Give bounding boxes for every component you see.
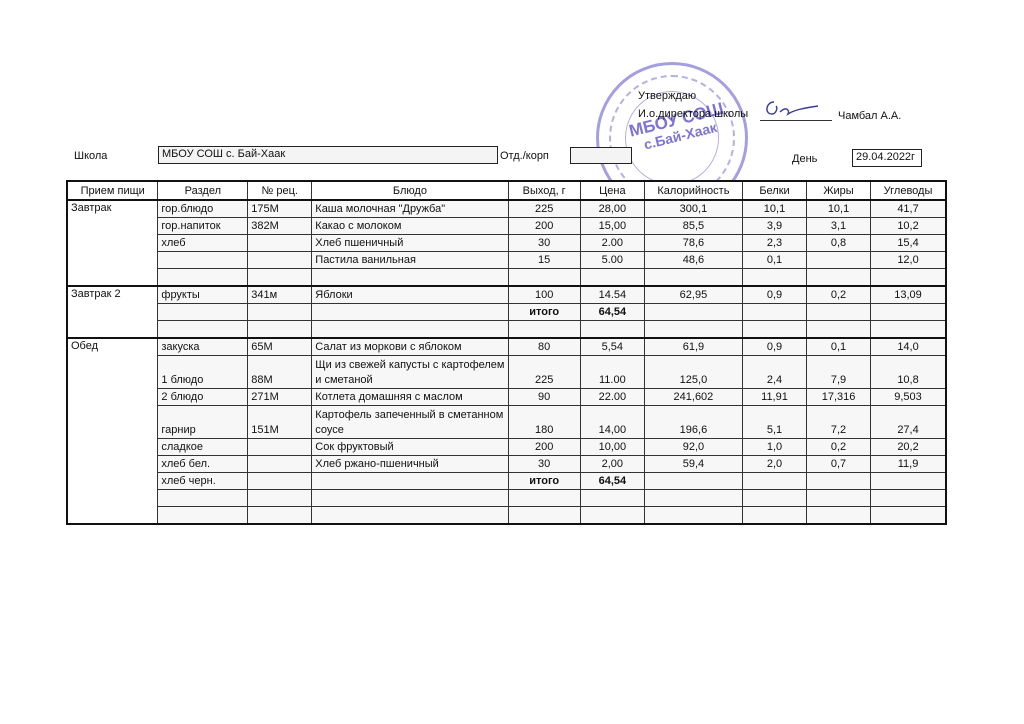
price-cell: 64,54	[580, 473, 644, 490]
yield-cell: 225	[508, 200, 580, 218]
dish-cell	[312, 507, 508, 525]
protein-cell: 10,1	[742, 200, 806, 218]
yield-cell: 200	[508, 439, 580, 456]
carbs-cell: 12,0	[871, 252, 946, 269]
dish-cell	[312, 304, 508, 321]
section-cell	[158, 269, 248, 287]
fat-cell	[807, 473, 871, 490]
carbs-cell: 15,4	[871, 235, 946, 252]
carbs-cell	[871, 304, 946, 321]
dish-cell: Какао с молоком	[312, 218, 508, 235]
fat-cell: 0,2	[807, 286, 871, 304]
protein-cell: 0,1	[742, 252, 806, 269]
price-cell: 14,00	[580, 406, 644, 439]
dish-cell: Хлеб пшеничный	[312, 235, 508, 252]
protein-cell	[742, 269, 806, 287]
recipe-cell	[248, 235, 312, 252]
carbs-cell	[871, 507, 946, 525]
yield-cell	[508, 269, 580, 287]
section-cell: фрукты	[158, 286, 248, 304]
kcal-cell: 62,95	[644, 286, 742, 304]
meal-name-cell: Завтрак	[67, 200, 158, 286]
approver-name: Чамбал А.А.	[838, 110, 901, 122]
signature-icon	[760, 98, 820, 120]
carbs-cell	[871, 473, 946, 490]
section-cell	[158, 304, 248, 321]
fat-cell: 7,2	[807, 406, 871, 439]
recipe-cell	[248, 456, 312, 473]
section-cell: гарнир	[158, 406, 248, 439]
price-cell: 5,54	[580, 338, 644, 356]
kcal-cell: 92,0	[644, 439, 742, 456]
yield-cell: итого	[508, 473, 580, 490]
section-cell: сладкое	[158, 439, 248, 456]
col-price: Цена	[580, 181, 644, 200]
protein-cell: 0,9	[742, 338, 806, 356]
price-cell: 14.54	[580, 286, 644, 304]
table-row: гарнир151МКартофель запеченный в сметанн…	[67, 406, 946, 439]
section-cell: гор.напиток	[158, 218, 248, 235]
fat-cell	[807, 304, 871, 321]
table-row: сладкоеСок фруктовый20010,0092,01,00,220…	[67, 439, 946, 456]
col-meal: Прием пищи	[67, 181, 158, 200]
section-cell: хлеб	[158, 235, 248, 252]
table-row	[67, 269, 946, 287]
protein-cell: 2,4	[742, 356, 806, 389]
price-cell	[580, 269, 644, 287]
table-row: 2 блюдо271МКотлета домашняя с маслом9022…	[67, 389, 946, 406]
table-row: гор.напиток382МКакао с молоком20015,0085…	[67, 218, 946, 235]
col-protein: Белки	[742, 181, 806, 200]
fat-cell: 0,1	[807, 338, 871, 356]
fat-cell: 10,1	[807, 200, 871, 218]
protein-cell	[742, 473, 806, 490]
dept-field[interactable]	[570, 147, 632, 164]
table-row: хлеб бел.Хлеб ржано-пшеничный302,0059,42…	[67, 456, 946, 473]
table-row	[67, 321, 946, 339]
section-cell: хлеб бел.	[158, 456, 248, 473]
dish-cell	[312, 490, 508, 507]
fat-cell	[807, 321, 871, 339]
yield-cell	[508, 321, 580, 339]
kcal-cell	[644, 321, 742, 339]
school-label: Школа	[74, 150, 107, 162]
fat-cell: 0,8	[807, 235, 871, 252]
kcal-cell	[644, 304, 742, 321]
price-cell	[580, 507, 644, 525]
col-dish: Блюдо	[312, 181, 508, 200]
recipe-cell	[248, 304, 312, 321]
protein-cell: 1,0	[742, 439, 806, 456]
col-recipe: № рец.	[248, 181, 312, 200]
dish-cell: Картофель запеченный в сметанном соусе	[312, 406, 508, 439]
col-yield: Выход, г	[508, 181, 580, 200]
yield-cell	[508, 490, 580, 507]
price-cell: 28,00	[580, 200, 644, 218]
yield-cell: 30	[508, 456, 580, 473]
yield-cell: 15	[508, 252, 580, 269]
kcal-cell	[644, 507, 742, 525]
fat-cell: 17,316	[807, 389, 871, 406]
day-label: День	[792, 153, 817, 165]
protein-cell: 3,9	[742, 218, 806, 235]
dish-cell: Пастила ванильная	[312, 252, 508, 269]
kcal-cell: 241,602	[644, 389, 742, 406]
col-kcal: Калорийность	[644, 181, 742, 200]
recipe-cell	[248, 321, 312, 339]
table-row: Обедзакуска65МСалат из моркови с яблоком…	[67, 338, 946, 356]
fat-cell: 0,2	[807, 439, 871, 456]
kcal-cell: 59,4	[644, 456, 742, 473]
table-row: хлеб черн.итого64,54	[67, 473, 946, 490]
fat-cell: 0,7	[807, 456, 871, 473]
yield-cell: 200	[508, 218, 580, 235]
section-cell: 2 блюдо	[158, 389, 248, 406]
protein-cell: 11,91	[742, 389, 806, 406]
carbs-cell: 10,8	[871, 356, 946, 389]
fat-cell	[807, 252, 871, 269]
recipe-cell: 271М	[248, 389, 312, 406]
price-cell: 15,00	[580, 218, 644, 235]
kcal-cell	[644, 473, 742, 490]
yield-cell: 80	[508, 338, 580, 356]
approval-position: И.о.директора школы	[638, 108, 748, 120]
col-fat: Жиры	[807, 181, 871, 200]
recipe-cell	[248, 269, 312, 287]
recipe-cell	[248, 490, 312, 507]
fat-cell	[807, 269, 871, 287]
menu-table-body: Завтракгор.блюдо175МКаша молочная "Дружб…	[67, 200, 946, 524]
table-row: хлебХлеб пшеничный302.0078,62,30,815,4	[67, 235, 946, 252]
price-cell: 5.00	[580, 252, 644, 269]
protein-cell	[742, 321, 806, 339]
yield-cell: 180	[508, 406, 580, 439]
meal-name-cell: Завтрак 2	[67, 286, 158, 338]
yield-cell: 30	[508, 235, 580, 252]
dish-cell	[312, 473, 508, 490]
carbs-cell	[871, 321, 946, 339]
section-cell	[158, 252, 248, 269]
yield-cell	[508, 507, 580, 525]
section-cell: 1 блюдо	[158, 356, 248, 389]
price-cell: 64,54	[580, 304, 644, 321]
fat-cell	[807, 507, 871, 525]
recipe-cell	[248, 439, 312, 456]
signature-line	[760, 120, 832, 121]
dish-cell	[312, 269, 508, 287]
recipe-cell: 151М	[248, 406, 312, 439]
fat-cell: 7,9	[807, 356, 871, 389]
carbs-cell: 27,4	[871, 406, 946, 439]
dish-cell: Салат из моркови с яблоком	[312, 338, 508, 356]
table-row: итого64,54	[67, 304, 946, 321]
table-row: Пастила ванильная155.0048,60,112,0	[67, 252, 946, 269]
dish-cell: Хлеб ржано-пшеничный	[312, 456, 508, 473]
section-cell: гор.блюдо	[158, 200, 248, 218]
price-cell: 11.00	[580, 356, 644, 389]
yield-cell: 90	[508, 389, 580, 406]
carbs-cell: 20,2	[871, 439, 946, 456]
dish-cell: Сок фруктовый	[312, 439, 508, 456]
kcal-cell: 78,6	[644, 235, 742, 252]
price-cell: 2,00	[580, 456, 644, 473]
carbs-cell: 10,2	[871, 218, 946, 235]
carbs-cell	[871, 490, 946, 507]
dish-cell	[312, 321, 508, 339]
section-cell: хлеб черн.	[158, 473, 248, 490]
recipe-cell	[248, 252, 312, 269]
approval-label: Утверждаю	[638, 90, 696, 102]
protein-cell: 0,9	[742, 286, 806, 304]
section-cell	[158, 507, 248, 525]
recipe-cell: 88М	[248, 356, 312, 389]
table-header-row: Прием пищи Раздел № рец. Блюдо Выход, г …	[67, 181, 946, 200]
table-row	[67, 490, 946, 507]
meal-name-cell: Обед	[67, 338, 158, 524]
recipe-cell: 175М	[248, 200, 312, 218]
dish-cell: Щи из свежей капусты с картофелем и смет…	[312, 356, 508, 389]
table-row	[67, 507, 946, 525]
protein-cell	[742, 507, 806, 525]
price-cell	[580, 490, 644, 507]
carbs-cell: 14,0	[871, 338, 946, 356]
dish-cell: Каша молочная "Дружба"	[312, 200, 508, 218]
table-row: 1 блюдо88МЩи из свежей капусты с картофе…	[67, 356, 946, 389]
table-row: Завтрак 2фрукты341мЯблоки10014.5462,950,…	[67, 286, 946, 304]
kcal-cell: 85,5	[644, 218, 742, 235]
col-section: Раздел	[158, 181, 248, 200]
carbs-cell: 41,7	[871, 200, 946, 218]
fat-cell	[807, 490, 871, 507]
dish-cell: Котлета домашняя с маслом	[312, 389, 508, 406]
yield-cell: 225	[508, 356, 580, 389]
protein-cell: 2,3	[742, 235, 806, 252]
kcal-cell: 61,9	[644, 338, 742, 356]
kcal-cell	[644, 490, 742, 507]
recipe-cell	[248, 507, 312, 525]
dish-cell: Яблоки	[312, 286, 508, 304]
section-cell	[158, 321, 248, 339]
carbs-cell: 13,09	[871, 286, 946, 304]
price-cell: 22.00	[580, 389, 644, 406]
kcal-cell	[644, 269, 742, 287]
day-field[interactable]: 29.04.2022г	[852, 149, 922, 167]
price-cell	[580, 321, 644, 339]
price-cell: 10,00	[580, 439, 644, 456]
carbs-cell	[871, 269, 946, 287]
carbs-cell: 11,9	[871, 456, 946, 473]
kcal-cell: 196,6	[644, 406, 742, 439]
dept-label: Отд./корп	[500, 150, 549, 162]
table-row: Завтракгор.блюдо175МКаша молочная "Дружб…	[67, 200, 946, 218]
kcal-cell: 125,0	[644, 356, 742, 389]
menu-table: Прием пищи Раздел № рец. Блюдо Выход, г …	[66, 180, 947, 525]
recipe-cell: 65М	[248, 338, 312, 356]
protein-cell: 5,1	[742, 406, 806, 439]
protein-cell: 2,0	[742, 456, 806, 473]
recipe-cell: 341м	[248, 286, 312, 304]
yield-cell: итого	[508, 304, 580, 321]
yield-cell: 100	[508, 286, 580, 304]
recipe-cell	[248, 473, 312, 490]
fat-cell: 3,1	[807, 218, 871, 235]
section-cell	[158, 490, 248, 507]
kcal-cell: 48,6	[644, 252, 742, 269]
carbs-cell: 9,503	[871, 389, 946, 406]
school-field[interactable]: МБОУ СОШ с. Бай-Хаак	[158, 146, 498, 164]
col-carbs: Углеводы	[871, 181, 946, 200]
price-cell: 2.00	[580, 235, 644, 252]
kcal-cell: 300,1	[644, 200, 742, 218]
protein-cell	[742, 304, 806, 321]
section-cell: закуска	[158, 338, 248, 356]
protein-cell	[742, 490, 806, 507]
recipe-cell: 382М	[248, 218, 312, 235]
